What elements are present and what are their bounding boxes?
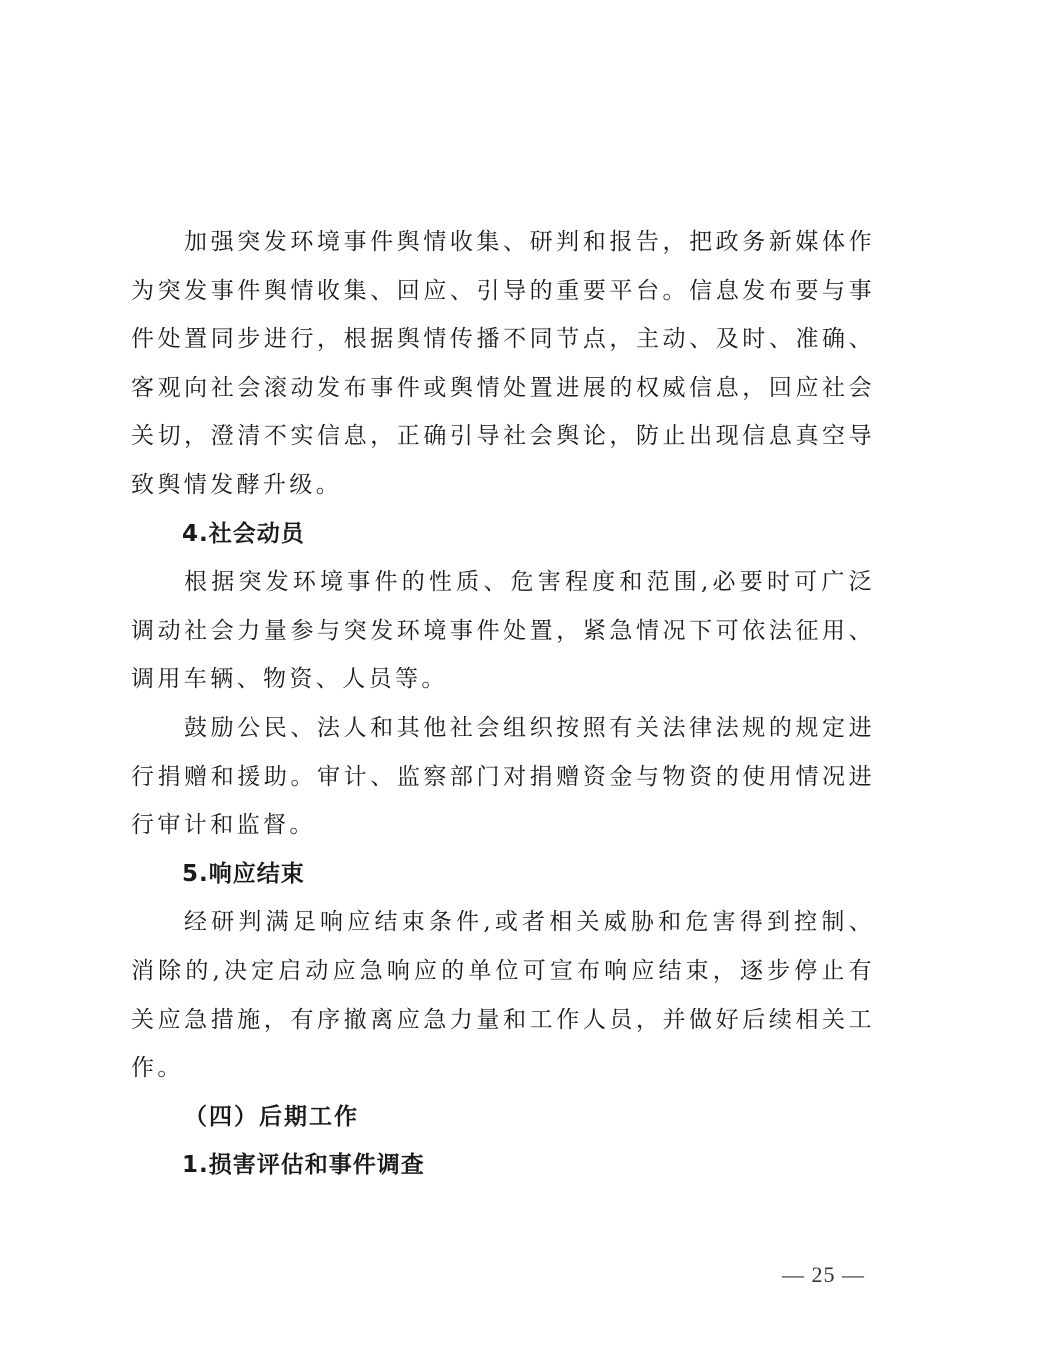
paragraph-donation: 鼓励公民、法人和其他社会组织按照有关法律法规的规定进行捐赠和援助。审计、监察部门… <box>131 704 875 850</box>
paragraph-public-opinion: 加强突发环境事件舆情收集、研判和报告，把政务新媒体作为突发事件舆情收集、回应、引… <box>131 218 875 510</box>
heading-response-end: 5.响应结束 <box>131 850 875 899</box>
document-page: 加强突发环境事件舆情收集、研判和报告，把政务新媒体作为突发事件舆情收集、回应、引… <box>131 218 875 1190</box>
page-number: — 25 — <box>782 1262 865 1288</box>
heading-damage-assessment: 1.损害评估和事件调查 <box>131 1141 875 1190</box>
heading-social-mobilization: 4.社会动员 <box>131 510 875 559</box>
paragraph-mobilization: 根据突发环境事件的性质、危害程度和范围,必要时可广泛调动社会力量参与突发环境事件… <box>131 558 875 704</box>
heading-aftermath-work: （四）后期工作 <box>131 1093 875 1142</box>
paragraph-response-end: 经研判满足响应结束条件,或者相关威胁和危害得到控制、消除的,决定启动应急响应的单… <box>131 898 875 1092</box>
